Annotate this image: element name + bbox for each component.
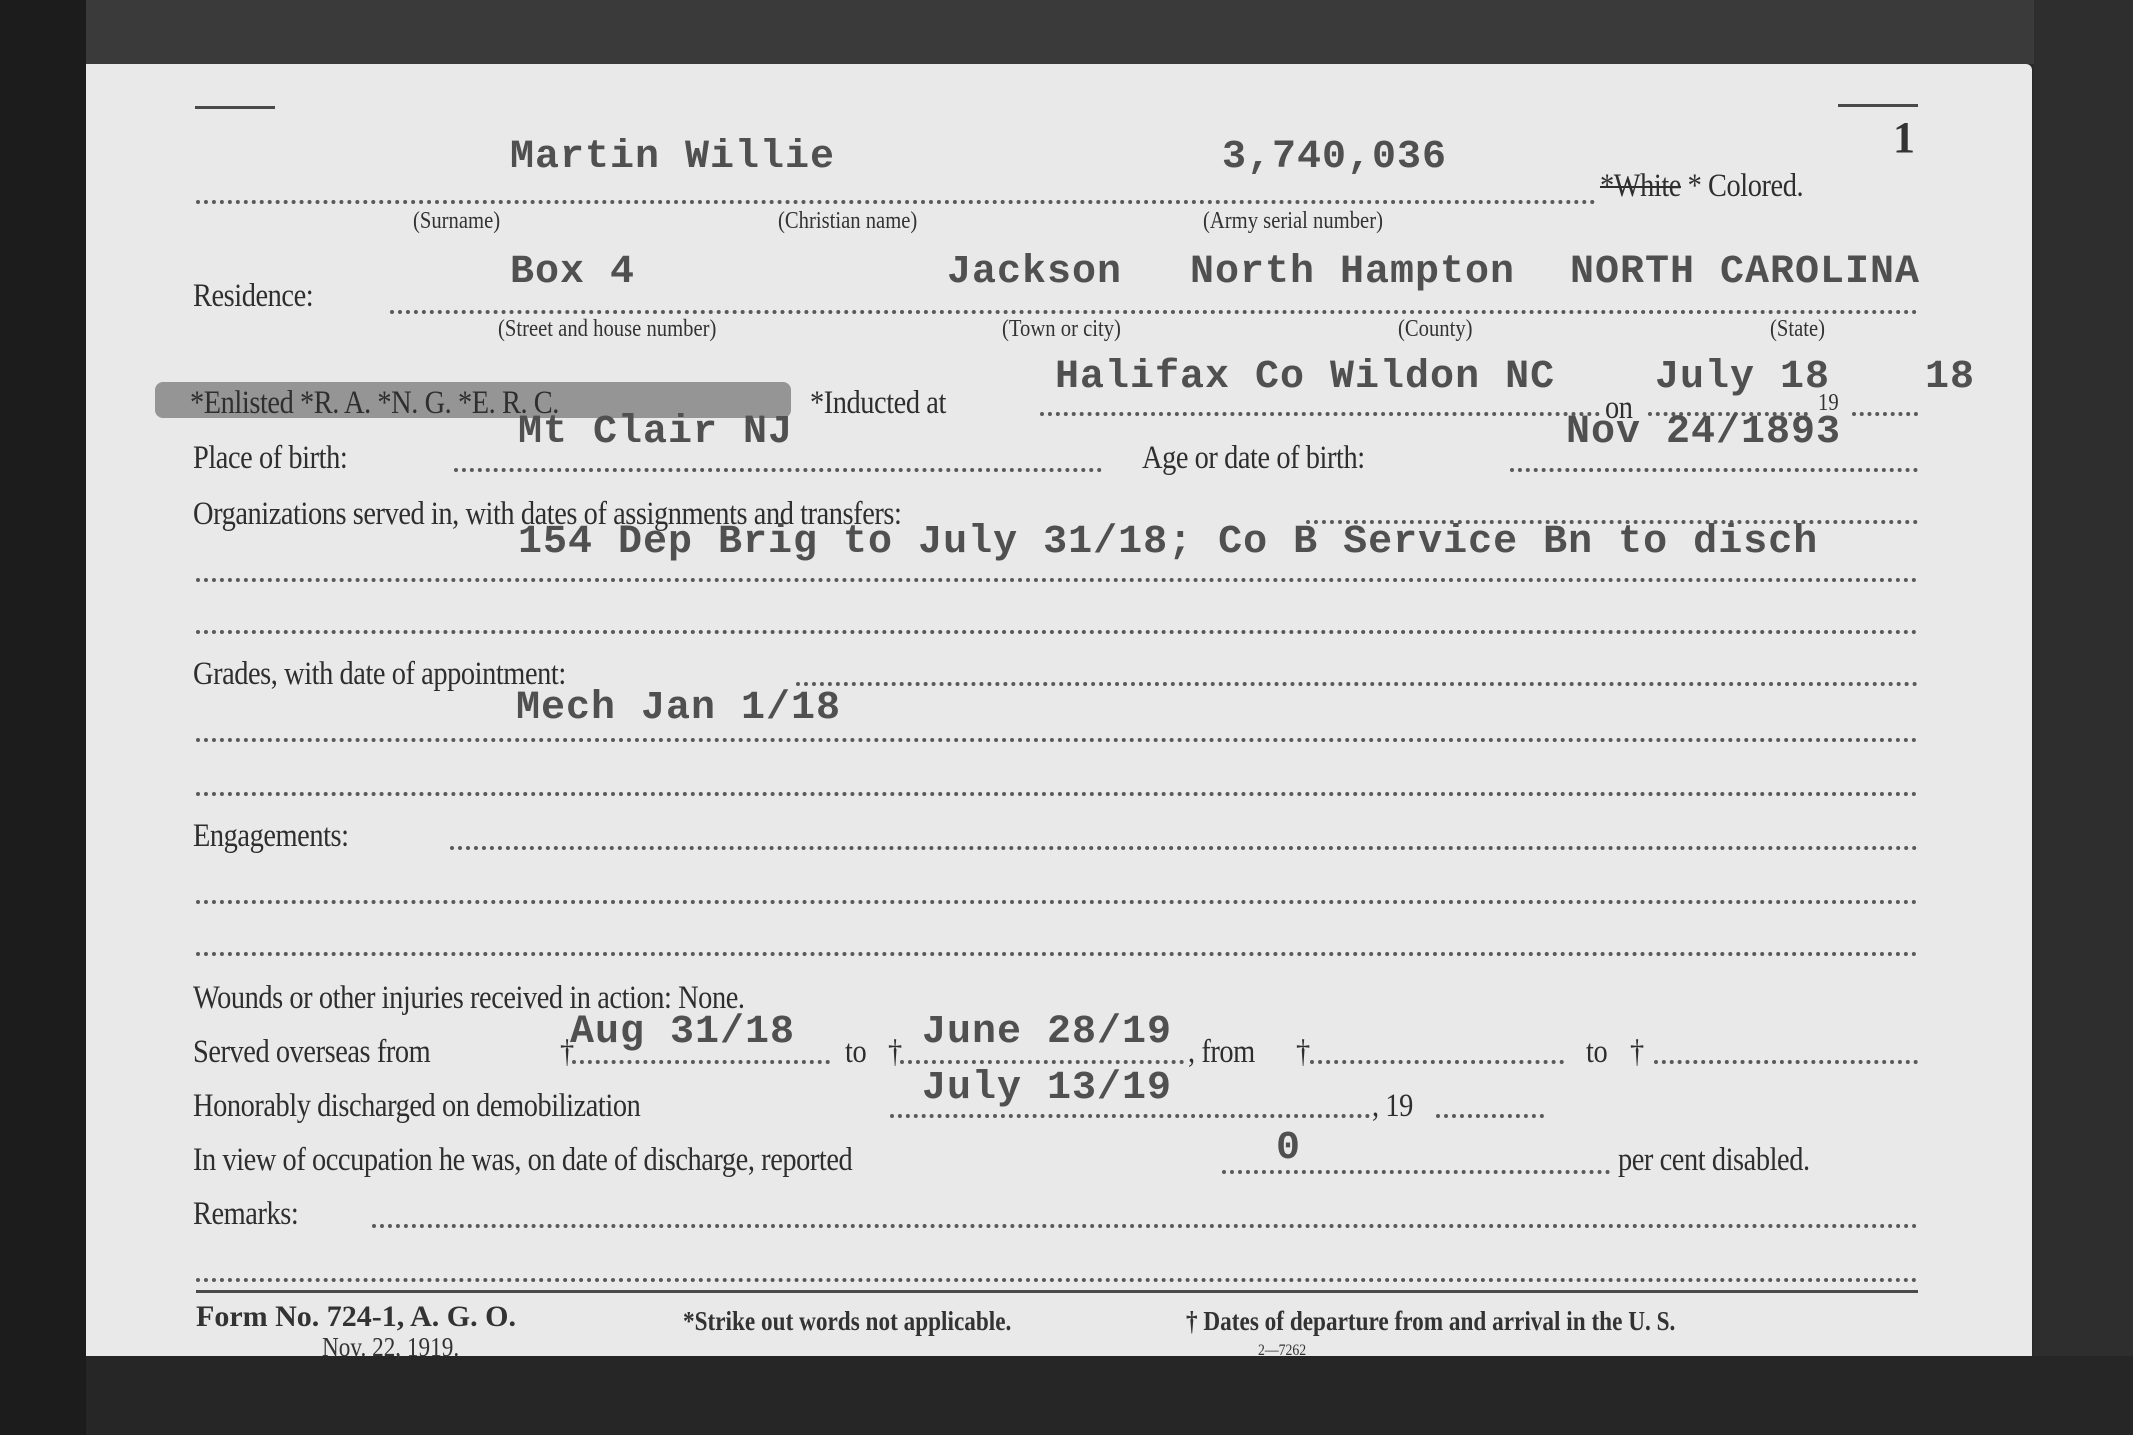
- inducted-at-label: *Inducted at: [810, 385, 946, 422]
- race-separator: *: [1688, 168, 1702, 204]
- overseas-dagger-3: †: [1296, 1034, 1310, 1071]
- induction-place: Halifax Co Wildon NC: [1055, 355, 1555, 400]
- overseas-label: Served overseas from: [193, 1034, 430, 1071]
- birth-place-line: [454, 468, 1102, 472]
- county-label: (County): [1398, 316, 1473, 343]
- residence-county: North Hampton: [1190, 250, 1515, 295]
- race-white-struck: *White: [1600, 168, 1681, 204]
- overseas-from2-label: , from: [1188, 1034, 1255, 1071]
- grades-label: Grades, with date of appointment:: [193, 656, 566, 693]
- overseas-dagger-4: †: [1630, 1034, 1644, 1071]
- overseas-from2-line: [1310, 1060, 1564, 1064]
- print-code: 2—7262: [1258, 1342, 1306, 1360]
- serial-label: (Army serial number): [1203, 208, 1383, 235]
- engagements-label: Engagements:: [193, 818, 349, 855]
- discharge-date: July 13/19: [922, 1066, 1172, 1111]
- engagements-line-2: [196, 900, 1918, 904]
- residence-town: Jackson: [947, 250, 1122, 295]
- overseas-from: Aug 31/18: [570, 1010, 795, 1055]
- induction-place-line: [1040, 412, 1600, 416]
- residence-state: NORTH CAROLINA: [1570, 250, 1920, 295]
- race-field: *White * Colored.: [1600, 168, 1803, 205]
- disability-line: [1222, 1170, 1610, 1174]
- overseas-to-label: to: [845, 1034, 866, 1071]
- organizations-line-2: [196, 630, 1918, 634]
- remarks-line-1: [372, 1224, 1918, 1228]
- overseas-to2-line: [1654, 1060, 1918, 1064]
- grades-label-line: [796, 682, 1918, 686]
- date-of-birth-label: Age or date of birth:: [1142, 440, 1365, 477]
- name-line: [196, 200, 1596, 204]
- disability-label: In view of occupation he was, on date of…: [193, 1142, 852, 1179]
- induction-year: 18: [1925, 355, 1975, 400]
- discharge-label: Honorably discharged on demobilization: [193, 1088, 640, 1125]
- top-left-rule: [195, 106, 275, 109]
- overseas-to2-label: to: [1586, 1034, 1607, 1071]
- remarks-line-2: [196, 1278, 1918, 1282]
- birth-date-line: [1510, 468, 1918, 472]
- form-date: Nov. 22, 1919.: [322, 1332, 459, 1363]
- disability-value: 0: [1276, 1126, 1301, 1171]
- organizations-value: 154 Dep Brig to July 31/18; Co B Service…: [518, 520, 1818, 565]
- dagger-note: † Dates of departure from and arrival in…: [1186, 1306, 1675, 1337]
- overseas-to-line: [900, 1060, 1184, 1064]
- engagements-line-3: [196, 952, 1918, 956]
- grades-line-1: [196, 738, 1918, 742]
- induction-year-line: [1852, 412, 1918, 416]
- induction-date: July 18: [1655, 355, 1830, 400]
- scan-background-bottom: [86, 1356, 2133, 1435]
- surname-label: (Surname): [413, 208, 500, 235]
- remarks-label: Remarks:: [193, 1196, 298, 1233]
- state-label: (State): [1770, 316, 1825, 343]
- birth-place: Mt Clair NJ: [518, 410, 793, 455]
- place-of-birth-label: Place of birth:: [193, 440, 347, 477]
- engagements-line-1: [450, 846, 1918, 850]
- overseas-dagger-2: †: [888, 1034, 902, 1071]
- form-number: Form No. 724-1, A. G. O.: [196, 1300, 516, 1334]
- strike-note: *Strike out words not applicable.: [683, 1306, 1011, 1337]
- overseas-from-line: [572, 1060, 830, 1064]
- discharge-year-prefix: , 19: [1372, 1088, 1413, 1125]
- name-value: Martin Willie: [510, 135, 835, 180]
- footer-rule: [196, 1290, 1918, 1293]
- race-colored: Colored.: [1708, 168, 1803, 204]
- grades-line-2: [196, 792, 1918, 796]
- street-label: (Street and house number): [498, 316, 716, 343]
- overseas-to: June 28/19: [922, 1010, 1172, 1055]
- discharge-date-line: [890, 1114, 1370, 1118]
- discharge-year-line: [1436, 1114, 1544, 1118]
- scan-background-top: [86, 0, 2133, 64]
- residence-label: Residence:: [193, 278, 313, 315]
- grades-value: Mech Jan 1/18: [516, 686, 841, 731]
- scan-background-left: [0, 0, 86, 1435]
- residence-line: [390, 310, 1918, 314]
- christian-name-label: (Christian name): [778, 208, 917, 235]
- residence-street: Box 4: [510, 250, 635, 295]
- town-label: (Town or city): [1002, 316, 1121, 343]
- serial-value: 3,740,036: [1222, 135, 1447, 180]
- disability-suffix: per cent disabled.: [1618, 1142, 1810, 1179]
- enlistment-options: *Enlisted *R. A. *N. G. *E. R. C.: [190, 385, 559, 422]
- organizations-line-1: [196, 578, 1918, 582]
- birth-date: Nov 24/1893: [1566, 410, 1841, 455]
- card-number: 1: [1893, 112, 1915, 163]
- scan-background-right: [2034, 0, 2133, 1435]
- top-right-rule: [1838, 104, 1918, 107]
